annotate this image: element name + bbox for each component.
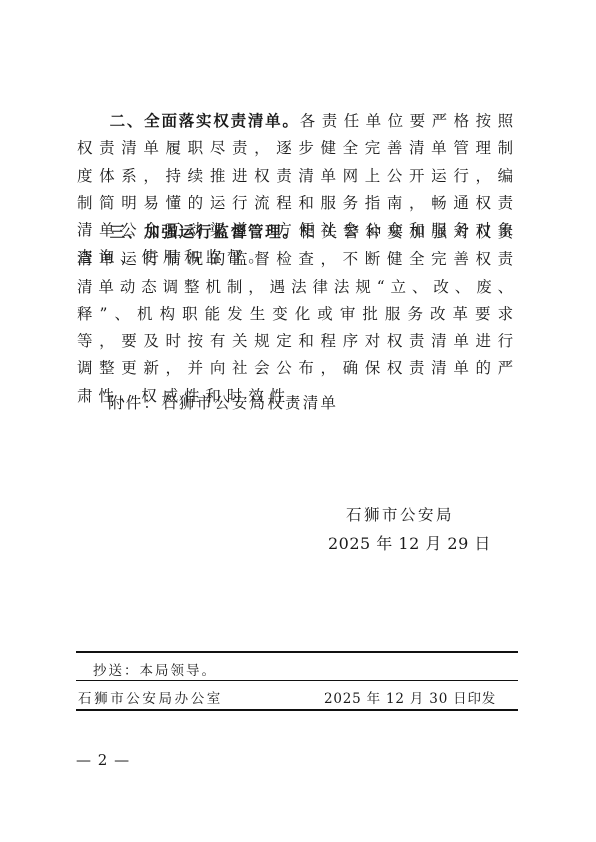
footer-bottom-rule — [76, 709, 518, 711]
footer-top-rule — [76, 651, 518, 653]
signature-organization: 石狮市公安局 — [346, 503, 454, 525]
section-3-paragraph: 三、加强运行监督管理。相关警种要加强对权责清单运行情况的监督检查，不断健全完善权… — [77, 219, 519, 410]
cc-line: 抄送：本局领导。 — [93, 659, 217, 679]
issuer-office: 石狮市公安局办公室 — [78, 687, 223, 707]
signature-date: 2025 年 12 月 29 日 — [328, 531, 491, 554]
section-3-heading: 三、加强运行监督管理。 — [109, 223, 300, 241]
page-number: — 2 — — [76, 751, 130, 769]
attachment-line: 附件：石狮市公安局权责清单 — [108, 391, 338, 413]
issue-date: 2025 年 12 月 30 日印发 — [324, 687, 496, 707]
footer-middle-rule — [76, 680, 518, 681]
section-2-heading: 二、全面落实权责清单。 — [109, 112, 300, 130]
section-3-text: 相关警种要加强对权责清单运行情况的监督检查，不断健全完善权责清单动态调整机制，遇… — [77, 223, 519, 405]
